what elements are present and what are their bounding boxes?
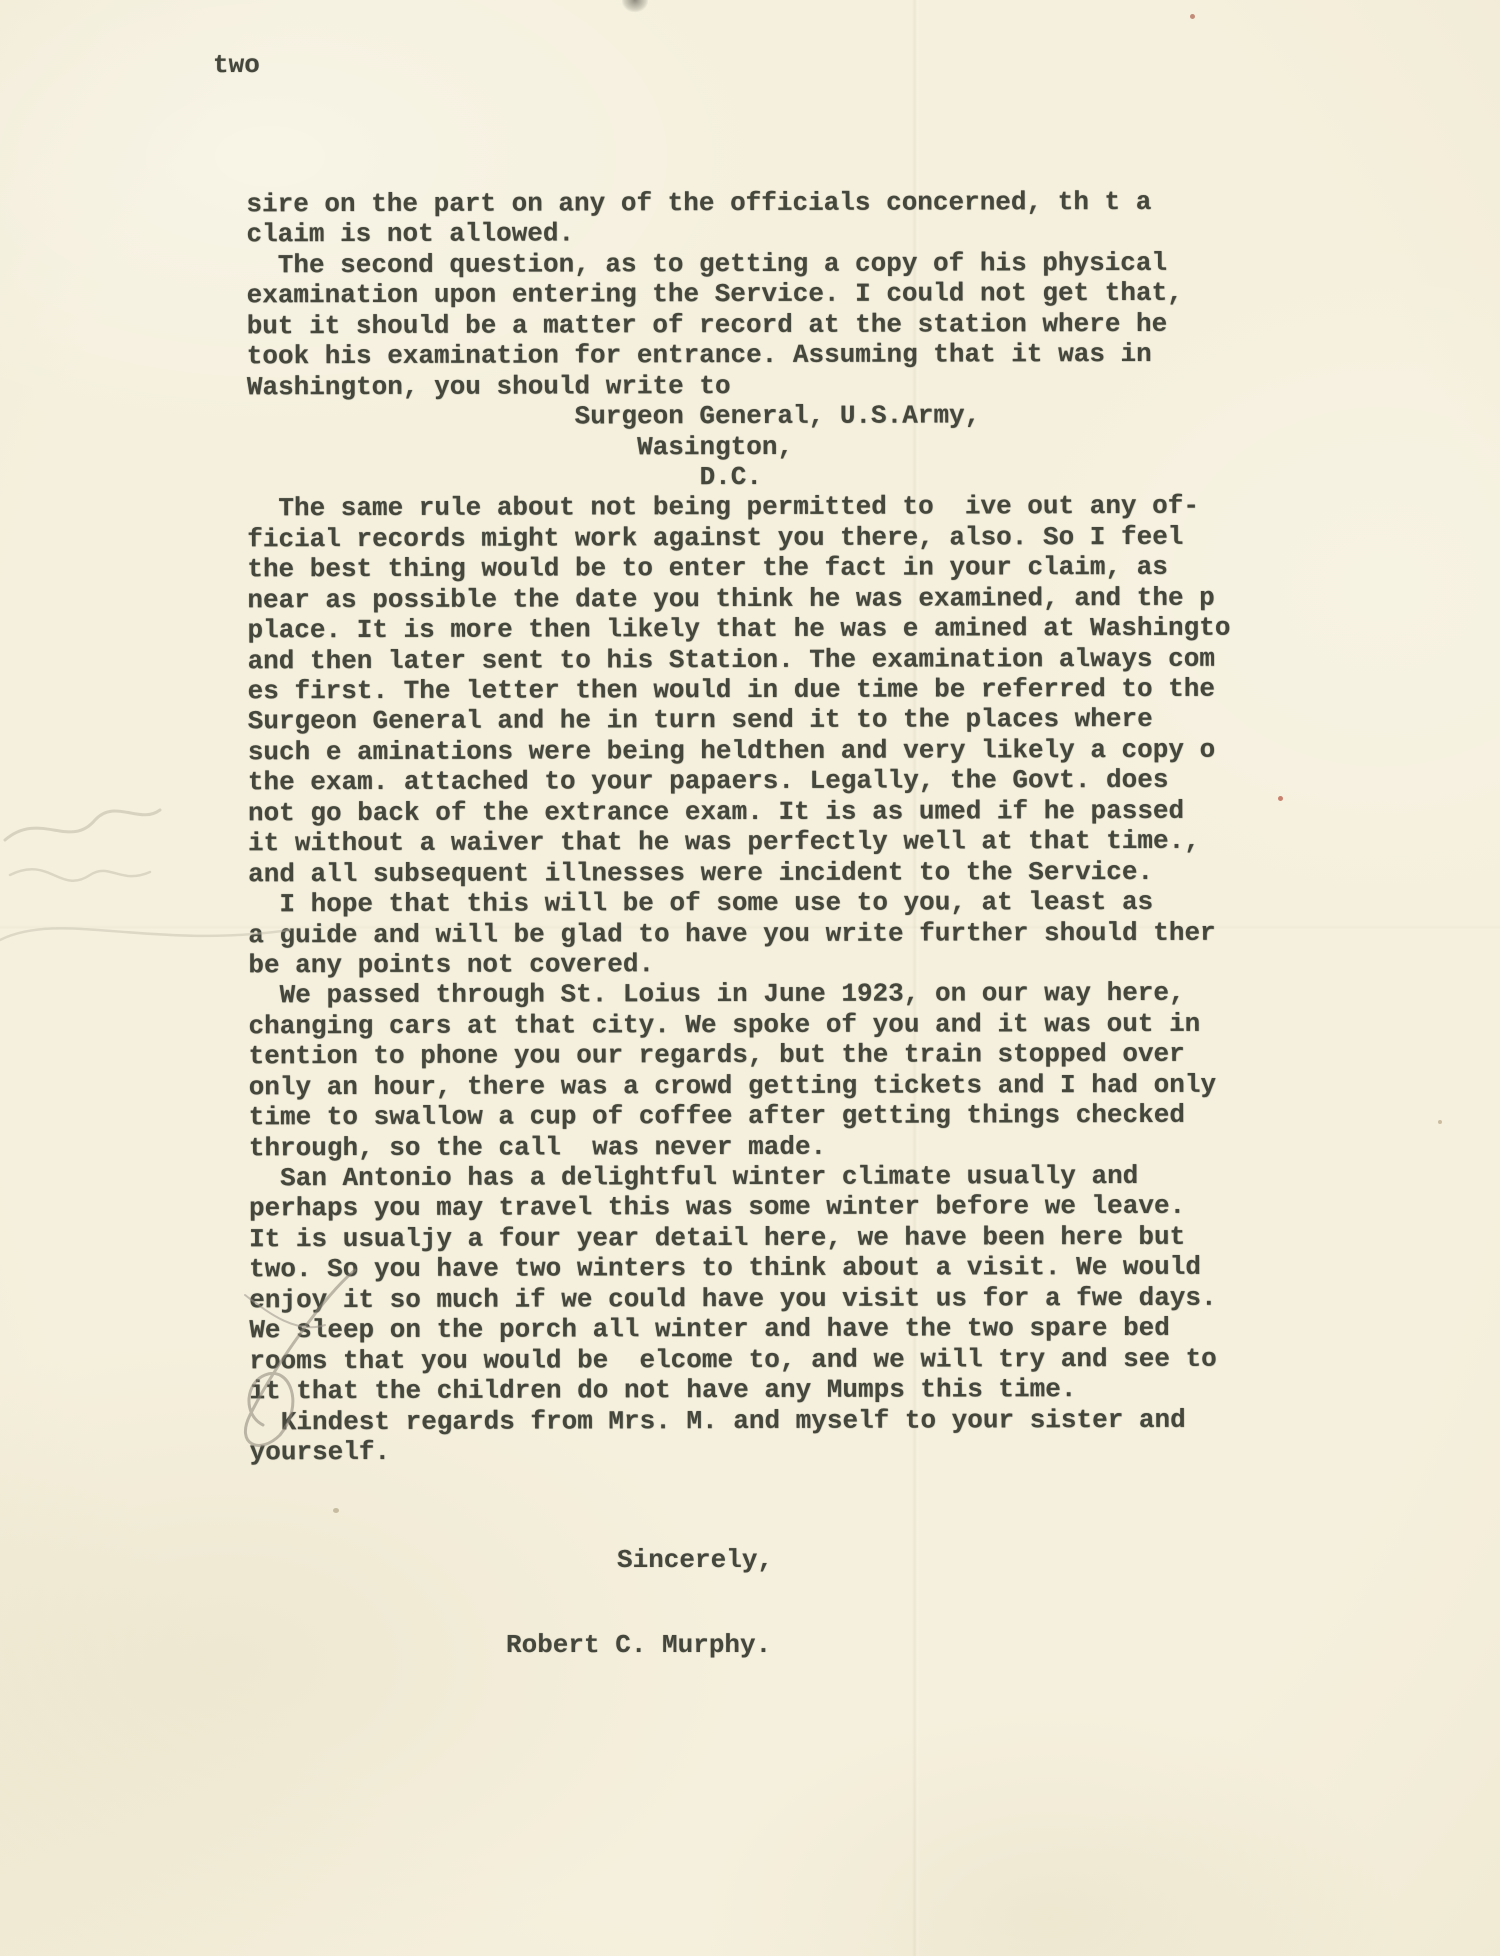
letter-page: two sire on the part on any of the offic…	[0, 0, 1500, 1956]
letter-line: I hope that this will be of some use to …	[248, 887, 1231, 920]
paper-speck	[1438, 1120, 1442, 1124]
letter-line: near as possible the date you think he w…	[247, 582, 1230, 615]
letter-line: It is usualjy a four year detail here, w…	[249, 1222, 1232, 1255]
letter-body: sire on the part on any of the officials…	[246, 187, 1232, 1468]
letter-line: and all subsequent illnesses were incide…	[248, 856, 1231, 889]
letter-line: took his examination for entrance. Assum…	[247, 339, 1230, 372]
letter-line: through, so the call was never made.	[249, 1130, 1232, 1163]
letter-line: Surgeon General, U.S.Army,	[247, 400, 1230, 433]
valediction: Sincerely,	[617, 1545, 773, 1575]
letter-line: time to swallow a cup of coffee after ge…	[249, 1100, 1232, 1133]
letter-line: ficial records might work against you th…	[247, 522, 1230, 555]
letter-line: examination upon entering the Service. I…	[247, 278, 1230, 311]
letter-line: San Antonio has a delightful winter clim…	[249, 1161, 1232, 1194]
letter-line: changing cars at that city. We spoke of …	[248, 1009, 1231, 1042]
letter-line: sire on the part on any of the officials…	[246, 187, 1229, 220]
letter-line: but it should be a matter of record at t…	[247, 308, 1230, 341]
letter-line: We passed through St. Loius in June 1923…	[248, 978, 1231, 1011]
letter-line: claim is not allowed.	[246, 217, 1229, 250]
letter-line: two. So you have two winters to think ab…	[249, 1252, 1232, 1285]
letter-line: it that the children do not have any Mum…	[249, 1374, 1232, 1407]
letter-line: Wasington,	[247, 430, 1230, 463]
letter-line: D.C.	[247, 461, 1230, 494]
letter-line: a guide and will be glad to have you wri…	[248, 917, 1231, 950]
paper-speck	[333, 1508, 339, 1513]
letter-line: be any points not covered.	[248, 948, 1231, 981]
letter-line: the best thing would be to enter the fac…	[247, 552, 1230, 585]
letter-line: enjoy it so much if we could have you vi…	[249, 1282, 1232, 1315]
letter-line: perhaps you may travel this was some win…	[249, 1191, 1232, 1224]
letter-line: only an hour, there was a crowd getting …	[249, 1069, 1232, 1102]
letter-line: such e aminations were being heldthen an…	[248, 735, 1231, 768]
letter-line: Kindest regards from Mrs. M. and myself …	[250, 1404, 1233, 1437]
paper-speck	[1278, 796, 1283, 801]
letter-line: the exam. attached to your papaers. Lega…	[248, 765, 1231, 798]
letter-line: We sleep on the porch all winter and hav…	[249, 1313, 1232, 1346]
ink-smudge	[622, 0, 648, 12]
letter-line: Washington, you should write to	[247, 369, 1230, 402]
letter-line: not go back of the extrance exam. It is …	[248, 795, 1231, 828]
letter-line: The second question, as to getting a cop…	[246, 248, 1229, 281]
letter-line: place. It is more then likely that he wa…	[247, 613, 1230, 646]
letter-line: The same rule about not being permitted …	[247, 491, 1230, 524]
letter-line: rooms that you would be elcome to, and w…	[249, 1343, 1232, 1376]
page-number-label: two	[213, 50, 260, 80]
paper-speck	[1190, 14, 1195, 19]
letter-line: es first. The letter then would in due t…	[248, 674, 1231, 707]
signature-name: Robert C. Murphy.	[506, 1630, 771, 1660]
letter-line: and then later sent to his Station. The …	[248, 643, 1231, 676]
letter-line: it without a waiver that he was perfectl…	[248, 826, 1231, 859]
letter-line: Surgeon General and he in turn send it t…	[248, 704, 1231, 737]
letter-line: tention to phone you our regards, but th…	[249, 1039, 1232, 1072]
letter-line: yourself.	[250, 1435, 1233, 1468]
